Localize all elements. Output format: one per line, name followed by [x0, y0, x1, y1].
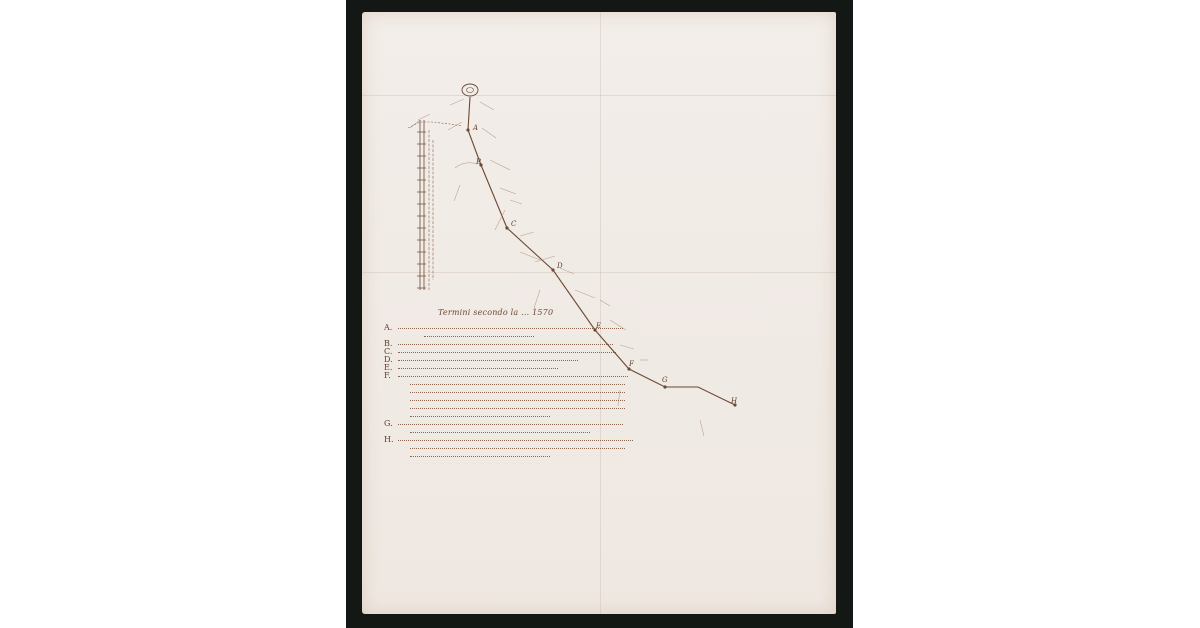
- scale-bar: [414, 120, 436, 296]
- point-label-a: A: [473, 124, 478, 132]
- legend-continuation: [384, 444, 644, 452]
- legend-continuation: [384, 412, 644, 420]
- legend-continuation: [384, 452, 644, 460]
- point-label-d: D: [557, 262, 563, 270]
- legend-entry-g: G.: [384, 420, 644, 428]
- legend-key: A.: [384, 324, 392, 332]
- legend-entry-h: H.: [384, 436, 644, 444]
- point-label-g: G: [662, 376, 668, 384]
- legend-title: Termini secondo la ... 1570: [438, 308, 553, 317]
- point-label-c: C: [511, 220, 516, 228]
- legend-key: H.: [384, 436, 394, 444]
- route-map: [0, 0, 1200, 628]
- legend-continuation: [384, 332, 644, 340]
- legend-continuation: [384, 380, 644, 388]
- legend-continuation: [384, 404, 644, 412]
- legend-entry-a: A.: [384, 324, 644, 332]
- legend: A. B. C. D. E. F. G. H.: [384, 324, 644, 460]
- legend-entry-b: B.: [384, 340, 644, 348]
- legend-continuation: [384, 396, 644, 404]
- legend-entry-d: D.: [384, 356, 644, 364]
- legend-continuation: [384, 388, 644, 396]
- origin-marker-icon: [462, 84, 478, 96]
- legend-entry-c: C.: [384, 348, 644, 356]
- point-label-h: H: [731, 397, 737, 405]
- legend-entry-e: E.: [384, 364, 644, 372]
- legend-key: G.: [384, 420, 393, 428]
- point-label-b: B: [476, 158, 481, 166]
- legend-entry-f: F.: [384, 372, 644, 380]
- legend-continuation: [384, 428, 644, 436]
- legend-key: F.: [384, 372, 391, 380]
